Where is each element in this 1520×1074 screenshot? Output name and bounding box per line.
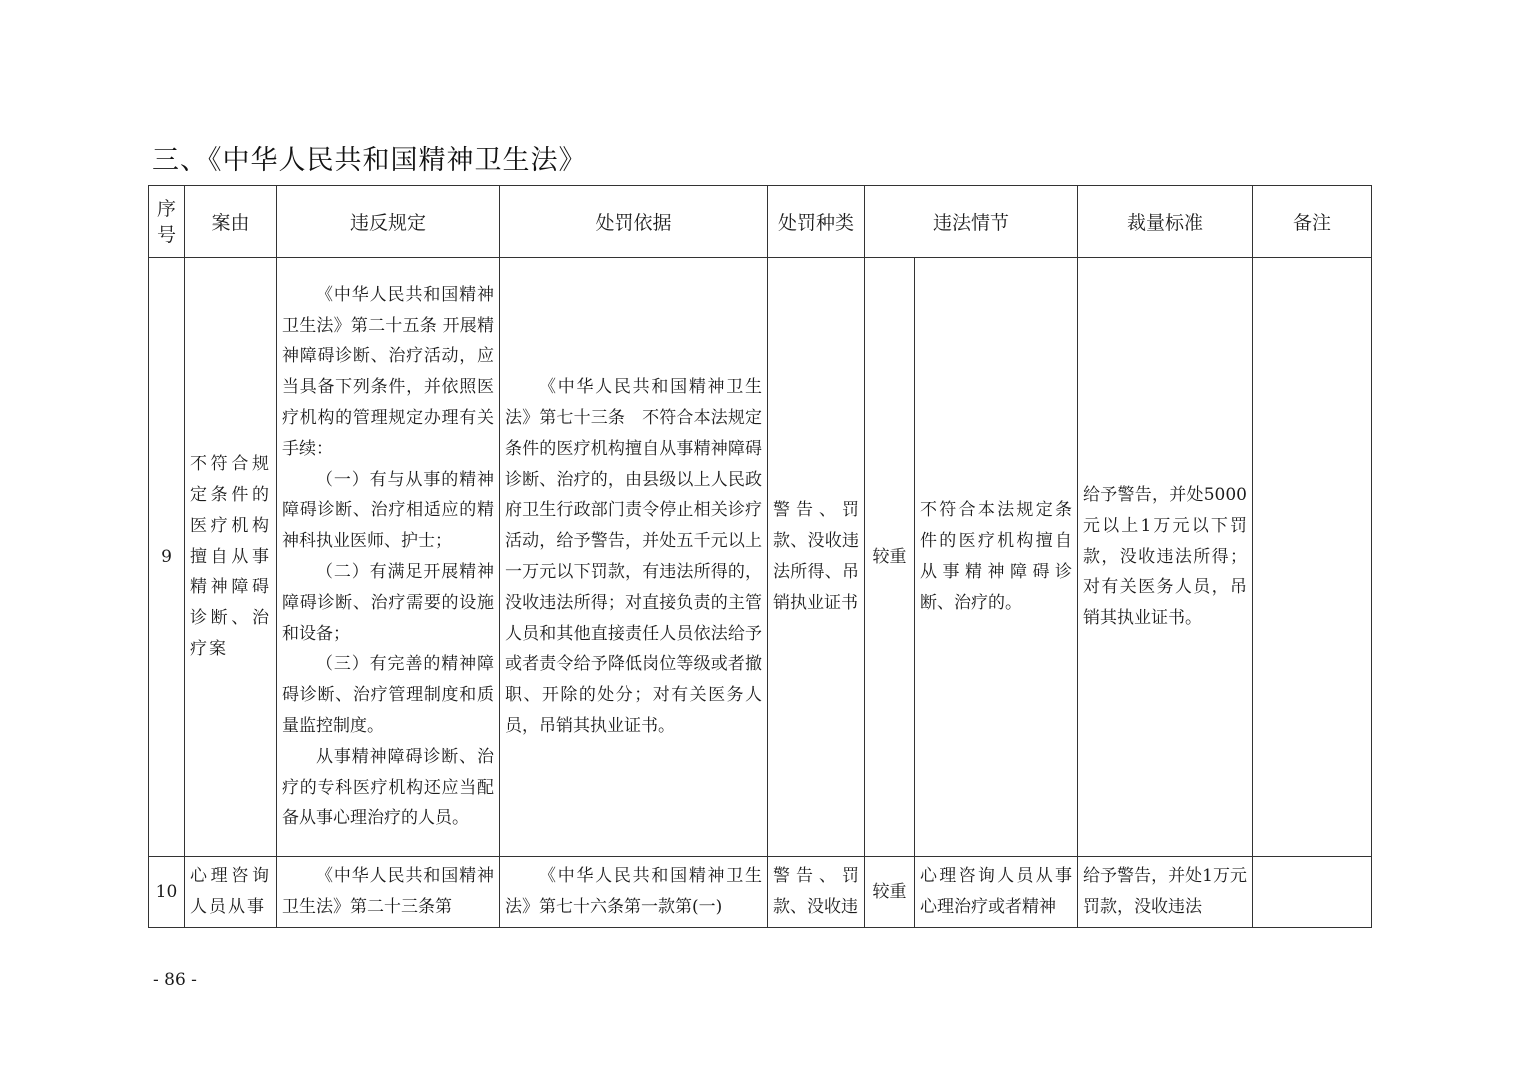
cell-penalty-type: 警告、罚款、没收违	[768, 857, 865, 928]
section-title: 三、《中华人民共和国精神卫生法》	[152, 138, 587, 177]
cell-violation: 《中华人民共和国精神卫生法》第二十五条 开展精神障碍诊断、治疗活动，应当具备下列…	[277, 258, 500, 857]
cell-severity: 较重	[865, 857, 915, 928]
basis-paragraph: 《中华人民共和国精神卫生法》第七十六条第一款第(一)	[505, 861, 762, 923]
cell-penalty-type: 警告、罚款、没收违法所得、吊销执业证书	[768, 258, 865, 857]
header-remarks: 备注	[1253, 186, 1372, 258]
header-violation: 违反规定	[277, 186, 500, 258]
cell-remarks	[1253, 258, 1372, 857]
table-row: 10 心理咨询人员从事 《中华人民共和国精神卫生法》第二十三条第 《中华人民共和…	[149, 857, 1372, 928]
violation-paragraph: （一）有与从事的精神障碍诊断、治疗相适应的精神科执业医师、护士；	[282, 465, 494, 557]
violation-paragraph: 《中华人民共和国精神卫生法》第二十三条第	[282, 861, 494, 923]
cell-case: 不符合规定条件的医疗机构擅自从事精神障碍诊断、治疗案	[185, 258, 277, 857]
basis-paragraph: 《中华人民共和国精神卫生法》第七十三条 不符合本法规定条件的医疗机构擅自从事精神…	[505, 372, 762, 742]
cell-circumstance: 心理咨询人员从事心理治疗或者精神	[915, 857, 1078, 928]
violation-paragraph: （三）有完善的精神障碍诊断、治疗管理制度和质量监控制度。	[282, 649, 494, 741]
header-penalty-type: 处罚种类	[768, 186, 865, 258]
cell-basis: 《中华人民共和国精神卫生法》第七十六条第一款第(一)	[500, 857, 768, 928]
cell-seq: 10	[149, 857, 185, 928]
header-circumstance: 违法情节	[865, 186, 1078, 258]
penalty-discretion-table: 序号 案由 违反规定 处罚依据 处罚种类 违法情节 裁量标准 备注 9 不符合规…	[148, 185, 1372, 928]
table-row: 9 不符合规定条件的医疗机构擅自从事精神障碍诊断、治疗案 《中华人民共和国精神卫…	[149, 258, 1372, 857]
header-basis: 处罚依据	[500, 186, 768, 258]
cell-violation: 《中华人民共和国精神卫生法》第二十三条第	[277, 857, 500, 928]
cell-basis: 《中华人民共和国精神卫生法》第七十三条 不符合本法规定条件的医疗机构擅自从事精神…	[500, 258, 768, 857]
cell-severity: 较重	[865, 258, 915, 857]
cell-case: 心理咨询人员从事	[185, 857, 277, 928]
table-header-row: 序号 案由 违反规定 处罚依据 处罚种类 违法情节 裁量标准 备注	[149, 186, 1372, 258]
page-number: - 86 -	[153, 970, 197, 990]
cell-discretion: 给予警告，并处1万元罚款，没收违法	[1078, 857, 1253, 928]
violation-paragraph: （二）有满足开展精神障碍诊断、治疗需要的设施和设备；	[282, 557, 494, 649]
header-discretion: 裁量标准	[1078, 186, 1253, 258]
violation-paragraph: 《中华人民共和国精神卫生法》第二十五条 开展精神障碍诊断、治疗活动，应当具备下列…	[282, 280, 494, 465]
cell-discretion: 给予警告，并处5000元以上1万元以下罚款，没收违法所得；对有关医务人员，吊销其…	[1078, 258, 1253, 857]
header-case: 案由	[185, 186, 277, 258]
header-seq: 序号	[149, 186, 185, 258]
violation-paragraph: 从事精神障碍诊断、治疗的专科医疗机构还应当配备从事心理治疗的人员。	[282, 742, 494, 834]
cell-circumstance: 不符合本法规定条件的医疗机构擅自从事精神障碍诊断、治疗的。	[915, 258, 1078, 857]
cell-seq: 9	[149, 258, 185, 857]
cell-remarks	[1253, 857, 1372, 928]
